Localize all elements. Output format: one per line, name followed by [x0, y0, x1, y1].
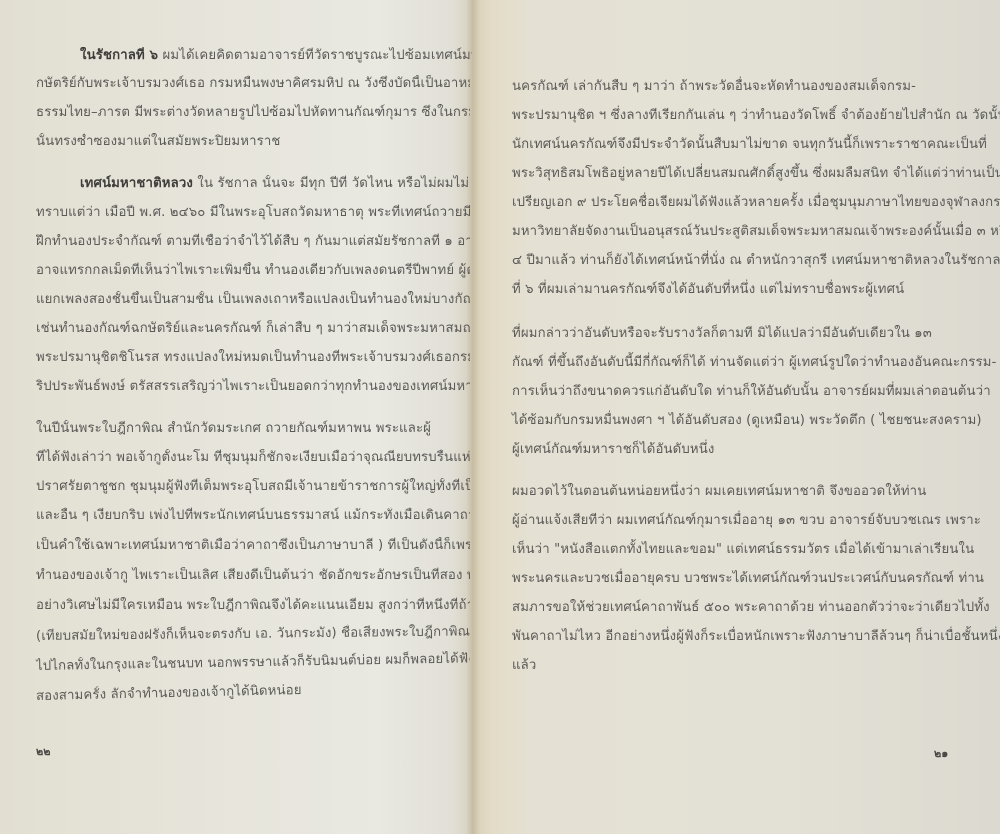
book-spread: ในรัชกาลที่ ๖ ผมได้เคยคิดตามอาจารย์ที่วั… [0, 0, 1000, 834]
text-line: พระนครและบวชเมื่ออายุครบ บวชพระได้เทศน์ก… [512, 570, 984, 588]
text-line: กษัตริย์กับพระเจ้าบรมวงศ์เธอ กรมหมื่นพงษ… [36, 75, 470, 93]
text-line: ในรัชกาลที่ ๖ ผมได้เคยคิดตามอาจารย์ที่วั… [80, 47, 472, 65]
text-line: อาจแทรกกลเม็ดที่เห็นว่าไพเราะเพิ่มขึ้น ท… [36, 262, 470, 280]
page-number: ๒๑ [934, 744, 948, 762]
text-line: ฝึกทำนองประจำกัณฑ์ ตามที่เชื่อว่าจำไว้ได… [36, 233, 470, 251]
page-number: ๒๒ [36, 742, 51, 760]
text-line: นครกัณฑ์ เล่ากันสืบ ๆ มาว่า ถ้าพระวัดอื่… [512, 78, 916, 96]
text-line: แล้ว [512, 657, 536, 675]
text-line: ได้ซ้อมกับกรมหมื่นพงศา ฯ ได้อันดับสอง (ด… [512, 412, 982, 430]
left-page: ในรัชกาลที่ ๖ ผมได้เคยคิดตามอาจารย์ที่วั… [0, 0, 472, 834]
text-line: เช่นทำนองกัณฑ์ฉกษัตริย์และนครกัณฑ์ ก็เล่… [36, 320, 470, 338]
text-line: พันคาถาไม่ไหว อีกอย่างหนึ่งผู้ฟังก็ระเบื… [512, 628, 1000, 646]
text-line: ผู้เทศน์กัณฑ์มหาราชก็ได้อันดับหนึ่ง [512, 441, 715, 459]
text-line: เทศน์มหาชาติหลวง ใน รัชกาล นั้นจะ มีทุก … [80, 175, 472, 193]
text-line: ธรรมไทย–ภารต มีพระต่างวัดหลายรูปไปซ้อมไป… [36, 104, 470, 122]
text-line: ๔ ปีมาแล้ว ท่านก็ยังได้เทศน์หน้าที่นั่ง … [512, 252, 1000, 270]
text-line: ที่ได้ฟังเล่าว่า พอเจ้ากูตั้งนะโม ที่ชุม… [36, 449, 470, 467]
right-page: นครกัณฑ์ เล่ากันสืบ ๆ มาว่า ถ้าพระวัดอื่… [472, 0, 1000, 834]
text-line: การเห็นว่าถึงขนาดควรแก่อันดับใด ท่านก็ให… [512, 383, 991, 401]
text-line: ในปีนั้นพระใบฎีกาพิณ สำนักวัดมระเกศ ถวาย… [36, 420, 470, 438]
text-line: กัณฑ์ ที่ขึ้นถึงอันดับนี้มีกี่กัณฑ์ก็ได้… [512, 354, 997, 372]
text-line: เป็นคำใช้เฉพาะเทศน์มหาชาติเมื่อว่าคาถาซึ… [36, 537, 470, 555]
section-heading: ในรัชกาลที่ ๖ [80, 48, 158, 63]
text-line: (เทียบสมัยใหม่ของฝรั่งก็เห็นจะตรงกับ เอ.… [36, 623, 470, 646]
text-line: นั้นทรงซ่ำซองมาแต่ในสมัยพระปิยมหาราช [36, 133, 470, 151]
text-line: สมภารขอให้ช่วยเทศน์คาถาพันธ์ ๕๐๐ พระคาถา… [512, 599, 990, 617]
text-line: มหาวิทยาลัยจัดงานเป็นอนุสรณ์วันประสูติสม… [512, 223, 1000, 241]
section-heading: เทศน์มหาชาติหลวง [80, 176, 193, 191]
text-line: นักเทศน์นครกัณฑ์จึงมีประจำวัดนั้นสืบมาไม… [512, 136, 987, 154]
text-line: ริปประพันธ์พงษ์ ตรัสสรรเสริญว่าไพเราะเป็… [36, 378, 470, 396]
text-line: ผมอวดไว้ในตอนต้นหน่อยหนึ่งว่า ผมเคยเทศน์… [512, 483, 926, 501]
text-line: เห็นว่า "หนังสือแตกทั้งไทยและขอม" แต่เทศ… [512, 541, 974, 559]
text-line: เปรียญเอก ๙ ประโยคชื่อเจียผมได้ฟังแล้วหล… [512, 194, 1000, 212]
text-line: พระปรมานุชิตชิโนรส ทรงแปลงใหม่หมดเป็นทำน… [36, 349, 470, 367]
text-line: ทำนองของเจ้ากู ไพเราะเป็นเลิศ เสียงดีเป็… [36, 567, 470, 585]
text-line: ปราศรัยตาชูชก ชุมนุมผู้ฟังที่เต็มพระอุโบ… [36, 478, 470, 496]
text-line: ผู้อ่านแจ้งเสียทีว่า ผมเทศน์กัณฑ์กุมารเม… [512, 512, 981, 530]
text-line: สองสามครั้ง ลักจำทำนองของเจ้ากูได้นิดหน่… [36, 678, 470, 706]
text-line: อย่างวิเศษไม่มีใครเหมือน พระใบฎีกาพิณจึง… [36, 597, 470, 615]
text-line: ที่ ๖ ที่ผมเล่ามานครกัณฑ์จึงได้อันดับที่… [512, 281, 904, 299]
text-line: ไปไกลทั้งในกรุงและในชนบท นอกพรรษาแล้วก็ร… [36, 650, 470, 676]
text-line: แยกเพลงสองชั้นขึ้นเป็นสามชั้น เป็นเพลงเถ… [36, 291, 470, 309]
text-line: และอื่น ๆ เงียบกริบ เพ่งไปที่พระนักเทศน์… [36, 507, 470, 525]
text-line: พระวิสุทธิสมโพธิอยู่หลายปีได้เปลี่ยนสมณศ… [512, 165, 1000, 183]
text-line: ที่ผมกล่าวว่าอันดับหรือจะรับรางวัลก็ตามท… [512, 325, 932, 343]
text-line: พระปรมานุชิต ฯ ซึ่งลางทีเรียกกันเล่น ๆ ว… [512, 107, 1000, 125]
text-line: ทราบแต่ว่า เมื่อปี พ.ศ. ๒๔๖๐ มีในพระอุโบ… [36, 204, 470, 222]
